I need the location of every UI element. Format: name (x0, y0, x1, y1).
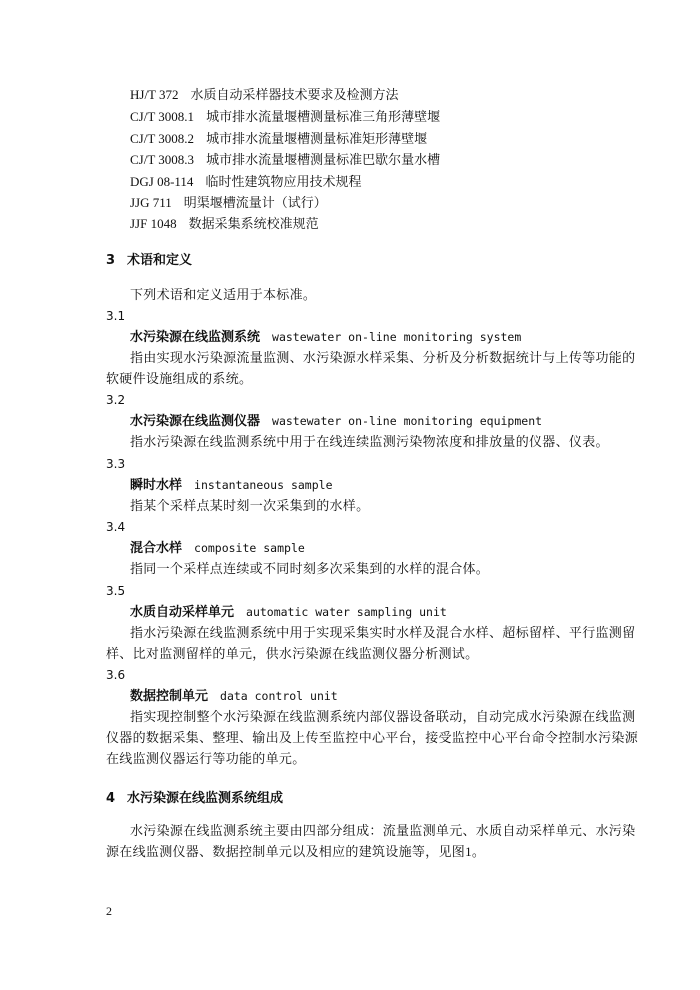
paragraph-line: 源在线监测仪器、数据控制单元以及相应的建筑设施等，见图1。 (106, 843, 485, 861)
section-title: 水污染源在线监测系统组成 (127, 791, 283, 806)
term-english: instantaneous sample (194, 478, 332, 492)
reference-code: CJ/T 3008.1 (130, 108, 194, 126)
term-english: wastewater on-line monitoring equipment (272, 414, 542, 428)
document-page: HJ/T 372水质自动采样器技术要求及检测方法 CJ/T 3008.1城市排水… (0, 0, 700, 990)
term-english: wastewater on-line monitoring system (272, 330, 521, 344)
page-number: 2 (106, 902, 112, 920)
term-definition-line: 在线监测仪器运行等功能的单元。 (106, 750, 306, 768)
section-number: 4 (106, 791, 115, 806)
reference-code: HJ/T 372 (130, 86, 179, 104)
term-english: composite sample (194, 541, 305, 555)
reference-item: CJ/T 3008.3城市排水流量堰槽测量标准巴歇尔量水槽 (130, 151, 440, 169)
term-heading: 水污染源在线监测仪器wastewater on-line monitoring … (130, 412, 542, 431)
paragraph-line: 水污染源在线监测系统主要由四部分组成：流量监测单元、水质自动采样单元、水污染 (130, 822, 635, 840)
section-4-heading: 4水污染源在线监测系统组成 (106, 790, 283, 808)
reference-item: CJ/T 3008.1城市排水流量堰槽测量标准三角形薄壁堰 (130, 108, 440, 126)
reference-title: 明渠堰槽流量计（试行） (184, 195, 327, 210)
term-definition-line: 指实现控制整个水污染源在线监测系统内部仪器设备联动，自动完成水污染源在线监测 (130, 708, 635, 726)
term-definition-line: 软硬件设施组成的系统。 (106, 370, 252, 388)
term-number: 3.6 (106, 666, 125, 684)
reference-item: JJG 711明渠堰槽流量计（试行） (130, 194, 327, 212)
reference-title: 数据采集系统校准规范 (189, 216, 319, 231)
term-chinese: 水污染源在线监测系统 (130, 330, 260, 345)
term-chinese: 混合水样 (130, 541, 182, 556)
term-chinese: 水质自动采样单元 (130, 605, 234, 620)
reference-title: 水质自动采样器技术要求及检测方法 (191, 87, 399, 102)
term-chinese: 水污染源在线监测仪器 (130, 414, 260, 429)
section-number: 3 (106, 253, 115, 268)
term-english: data control unit (220, 689, 338, 703)
reference-title: 城市排水流量堰槽测量标准巴歇尔量水槽 (206, 152, 440, 167)
reference-item: HJ/T 372水质自动采样器技术要求及检测方法 (130, 86, 399, 104)
reference-code: CJ/T 3008.2 (130, 130, 194, 148)
section-3-intro: 下列术语和定义适用于本标准。 (130, 286, 316, 304)
term-chinese: 数据控制单元 (130, 689, 208, 704)
term-definition-line: 指水污染源在线监测系统中用于在线连续监测污染物浓度和排放量的仪器、仪表。 (130, 433, 609, 451)
term-chinese: 瞬时水样 (130, 478, 182, 493)
term-definition-line: 指某个采样点某时刻一次采集到的水样。 (130, 497, 369, 515)
reference-code: JJF 1048 (130, 215, 177, 233)
term-number: 3.4 (106, 518, 125, 536)
reference-title: 城市排水流量堰槽测量标准三角形薄壁堰 (206, 109, 440, 124)
reference-title: 城市排水流量堰槽测量标准矩形薄壁堰 (206, 131, 427, 146)
term-heading: 水污染源在线监测系统wastewater on-line monitoring … (130, 328, 521, 347)
term-number: 3.2 (106, 391, 125, 409)
section-title: 术语和定义 (127, 253, 192, 268)
term-heading: 数据控制单元data control unit (130, 687, 338, 706)
term-definition-line: 指水污染源在线监测系统中用于实现采集实时水样及混合水样、超标留样、平行监测留 (130, 624, 635, 642)
reference-code: DGJ 08-114 (130, 173, 193, 191)
term-definition-line: 指由实现水污染源流量监测、水污染源水样采集、分析及分析数据统计与上传等功能的 (130, 349, 635, 367)
reference-code: JJG 711 (130, 194, 172, 212)
term-definition-line: 仪器的数据采集、整理、输出及上传至监控中心平台，接受监控中心平台命令控制水污染源 (106, 729, 638, 747)
term-number: 3.1 (106, 307, 125, 325)
term-heading: 瞬时水样instantaneous sample (130, 476, 333, 495)
term-english: automatic water sampling unit (246, 605, 447, 619)
term-number: 3.5 (106, 582, 125, 600)
term-number: 3.3 (106, 455, 125, 473)
reference-code: CJ/T 3008.3 (130, 151, 194, 169)
reference-item: CJ/T 3008.2城市排水流量堰槽测量标准矩形薄壁堰 (130, 130, 427, 148)
section-3-heading: 3术语和定义 (106, 252, 192, 270)
term-definition-line: 样、比对监测留样的单元，供水污染源在线监测仪器分析测试。 (106, 645, 478, 663)
term-definition-line: 指同一个采样点连续或不同时刻多次采集到的水样的混合体。 (130, 560, 489, 578)
term-heading: 混合水样composite sample (130, 539, 305, 558)
reference-item: DGJ 08-114临时性建筑物应用技术规程 (130, 173, 361, 191)
reference-title: 临时性建筑物应用技术规程 (205, 174, 361, 189)
term-heading: 水质自动采样单元automatic water sampling unit (130, 603, 447, 622)
reference-item: JJF 1048数据采集系统校准规范 (130, 215, 319, 233)
